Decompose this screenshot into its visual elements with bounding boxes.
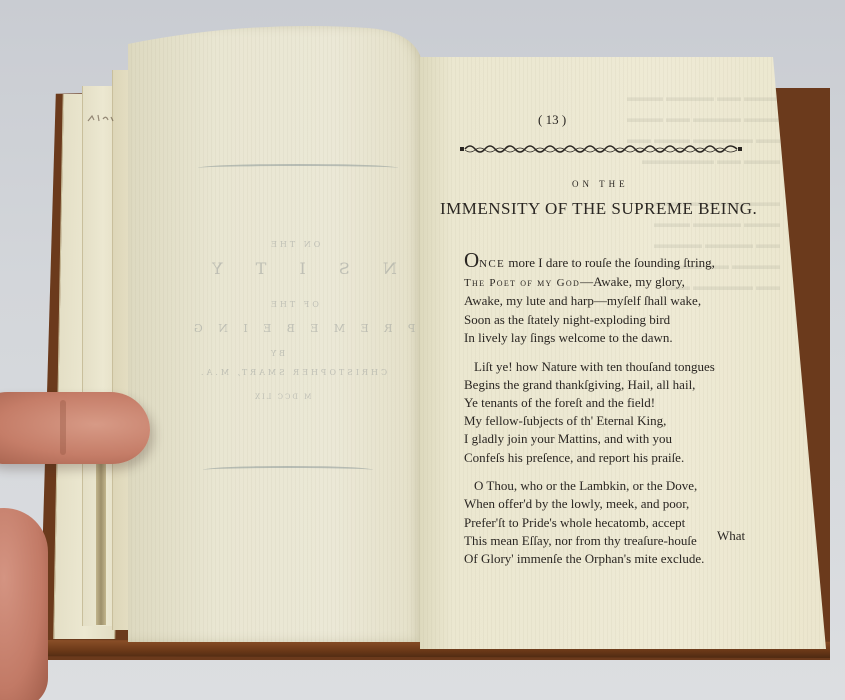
poem-line: Ye tenants of the foreſt and the field!: [464, 394, 715, 412]
poem-line: The Poet of my God—Awake, my glory,: [464, 273, 715, 292]
poem-line: Confeſs his preſence, and report his pra…: [464, 449, 715, 467]
poem-body: ONCE more I dare to rouſe the ſounding ſ…: [464, 253, 715, 579]
hand-palm: [0, 508, 48, 700]
poem-line: I gladly join your Mattins, and with you: [464, 430, 715, 448]
ghost-ornament: [203, 466, 373, 474]
thumb-knuckle-crease: [60, 400, 66, 455]
ornament-rule-icon: [460, 143, 742, 155]
poem-line: ONCE more I dare to rouſe the ſounding ſ…: [464, 253, 715, 273]
poem-line: Begins the grand thankſgiving, Hail, all…: [464, 376, 715, 394]
ghost-text: ON THE: [268, 240, 320, 249]
stanza: ONCE more I dare to rouſe the ſounding ſ…: [464, 253, 715, 347]
flyleaf-stain: [96, 440, 106, 625]
poem-line: Awake, my lute and harp—myſelf ſhall wak…: [464, 292, 715, 310]
poem-title: IMMENSITY OF THE SUPREME BEING.: [440, 199, 757, 219]
left-page[interactable]: ON THE I M M E N S I T Y OF THE S U P R …: [128, 26, 423, 642]
poem-line: O Thou, who or the Lambkin, or the Dove,: [464, 477, 715, 495]
stanza: Liſt ye! how Nature with ten thouſand to…: [464, 358, 715, 467]
page-number: ( 13 ): [538, 112, 566, 128]
poem-line: Soon as the ſtately night-exploding bird: [464, 311, 715, 329]
ghost-text: OF THE: [268, 300, 319, 309]
hand-thumb: [0, 392, 150, 464]
ghost-text: BY: [268, 349, 285, 358]
poem-line: Prefer'ſt to Pride's whole hecatomb, acc…: [464, 514, 715, 532]
ghost-text: M DCC LIX: [253, 393, 311, 401]
drop-cap: O: [464, 248, 479, 272]
heading-small: ON THE: [572, 179, 629, 189]
stanza: O Thou, who or the Lambkin, or the Dove,…: [464, 477, 715, 568]
poem-line: This mean Eſſay, nor from thy treaſure-h…: [464, 532, 715, 550]
ghost-text: CHRISTOPHER SMART, M.A.: [198, 368, 387, 377]
ink-mark-icon: [86, 112, 116, 124]
ghost-ornament: [198, 164, 398, 172]
catchword: What: [717, 528, 745, 544]
poem-line: Of Glory' immenſe the Orphan's mite excl…: [464, 550, 715, 568]
poem-line: When offer'd by the lowly, meek, and poo…: [464, 495, 715, 513]
poem-line: My fellow-ſubjects of th' Eternal King,: [464, 412, 715, 430]
poem-line: Liſt ye! how Nature with ten thouſand to…: [464, 358, 715, 376]
poem-line: In lively lay ſings welcome to the dawn.: [464, 329, 715, 347]
